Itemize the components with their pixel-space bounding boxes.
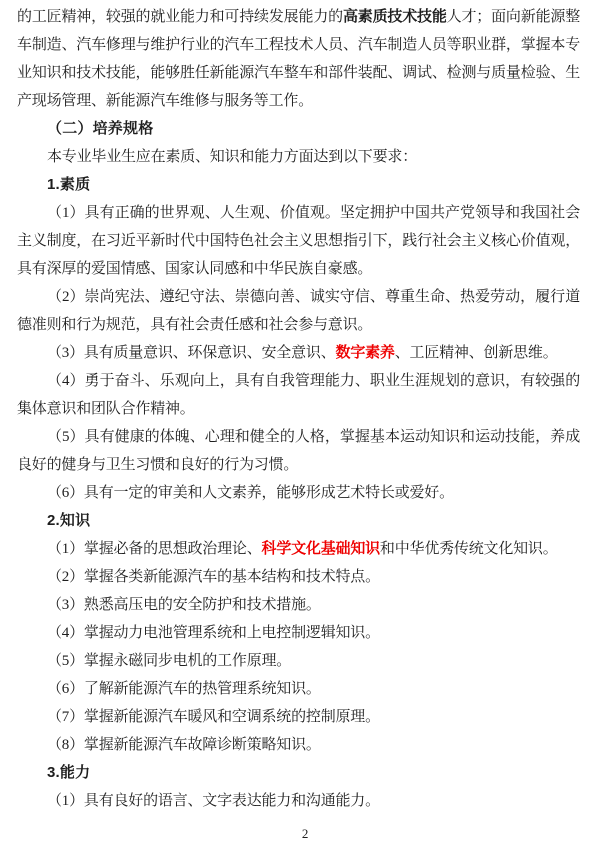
subsection-heading-quality: 1.素质 (17, 171, 580, 199)
item-text: （2）掌握各类新能源汽车的基本结构和技术特点。 (47, 569, 380, 585)
quality-item-6: （6）具有一定的审美和人文素养，能够形成艺术特长或爱好。 (17, 479, 580, 507)
document-page: 的工匠精神，较强的就业能力和可持续发展能力的高素质技术技能人才；面向新能源整车制… (0, 0, 610, 847)
ability-item-1: （1）具有良好的语言、文字表达能力和沟通能力。 (17, 787, 580, 815)
item-text: （3）熟悉高压电的安全防护和技术措施。 (47, 597, 321, 613)
knowledge-item-2: （2）掌握各类新能源汽车的基本结构和技术特点。 (17, 563, 580, 591)
quality-item-3: （3）具有质量意识、环保意识、安全意识、数字素养、工匠精神、创新思维。 (17, 339, 580, 367)
knowledge-item-4: （4）掌握动力电池管理系统和上电控制逻辑知识。 (17, 619, 580, 647)
item-highlight-science-culture: 科学文化基础知识 (262, 540, 380, 557)
item-text-post: 、工匠精神、创新思维。 (395, 345, 558, 361)
knowledge-item-3: （3）熟悉高压电的安全防护和技术措施。 (17, 591, 580, 619)
item-text: （4）掌握动力电池管理系统和上电控制逻辑知识。 (47, 625, 380, 641)
section-heading-training-specs: （二）培养规格 (17, 115, 580, 143)
item-text: （5）具有健康的体魄、心理和健全的人格，掌握基本运动知识和运动技能，养成良好的健… (17, 429, 580, 473)
item-text: （6）具有一定的审美和人文素养，能够形成艺术特长或爱好。 (47, 485, 454, 501)
item-highlight-digital-literacy: 数字素养 (336, 344, 395, 361)
item-text: （8）掌握新能源汽车故障诊断策略知识。 (47, 737, 321, 753)
item-text: （2）崇尚宪法、遵纪守法、崇德向善、诚实守信、尊重生命、热爱劳动，履行道德准则和… (17, 289, 580, 333)
quality-item-5: （5）具有健康的体魄、心理和健全的人格，掌握基本运动知识和运动技能，养成良好的健… (17, 423, 580, 479)
subsection-heading-knowledge: 2.知识 (17, 507, 580, 535)
objective-text: 的工匠精神，较强的就业能力和可持续发展能力的 (17, 9, 343, 25)
item-text: （1）具有正确的世界观、人生观、价值观。坚定拥护中国共产党领导和我国社会主义制度… (17, 205, 580, 277)
item-text: （6）了解新能源汽车的热管理系统知识。 (47, 681, 321, 697)
item-text: （5）掌握永磁同步电机的工作原理。 (47, 653, 291, 669)
item-text: （1）具有良好的语言、文字表达能力和沟通能力。 (47, 793, 380, 809)
item-text: （7）掌握新能源汽车暖风和空调系统的控制原理。 (47, 709, 380, 725)
quality-item-1: （1）具有正确的世界观、人生观、价值观。坚定拥护中国共产党领导和我国社会主义制度… (17, 199, 580, 283)
item-text-post: 和中华优秀传统文化知识。 (380, 541, 558, 557)
knowledge-item-6: （6）了解新能源汽车的热管理系统知识。 (17, 675, 580, 703)
paragraph-objective-continued: 的工匠精神，较强的就业能力和可持续发展能力的高素质技术技能人才；面向新能源整车制… (17, 3, 580, 115)
item-text: （3）具有质量意识、环保意识、安全意识、 (47, 345, 336, 361)
quality-item-2: （2）崇尚宪法、遵纪守法、崇德向善、诚实守信、尊重生命、热爱劳动，履行道德准则和… (17, 283, 580, 339)
knowledge-item-1: （1）掌握必备的思想政治理论、科学文化基础知识和中华优秀传统文化知识。 (17, 535, 580, 563)
knowledge-item-8: （8）掌握新能源汽车故障诊断策略知识。 (17, 731, 580, 759)
paragraph-lead: 本专业毕业生应在素质、知识和能力方面达到以下要求： (17, 143, 580, 171)
subsection-heading-ability: 3.能力 (17, 759, 580, 787)
item-text: （4）勇于奋斗、乐观向上，具有自我管理能力、职业生涯规划的意识，有较强的集体意识… (17, 373, 580, 417)
item-text: （1）掌握必备的思想政治理论、 (47, 541, 262, 557)
knowledge-item-5: （5）掌握永磁同步电机的工作原理。 (17, 647, 580, 675)
objective-bold-phrase: 高素质技术技能 (343, 8, 447, 25)
knowledge-item-7: （7）掌握新能源汽车暖风和空调系统的控制原理。 (17, 703, 580, 731)
page-number: 2 (0, 827, 610, 840)
quality-item-4: （4）勇于奋斗、乐观向上，具有自我管理能力、职业生涯规划的意识，有较强的集体意识… (17, 367, 580, 423)
page-body: 的工匠精神，较强的就业能力和可持续发展能力的高素质技术技能人才；面向新能源整车制… (0, 0, 610, 815)
